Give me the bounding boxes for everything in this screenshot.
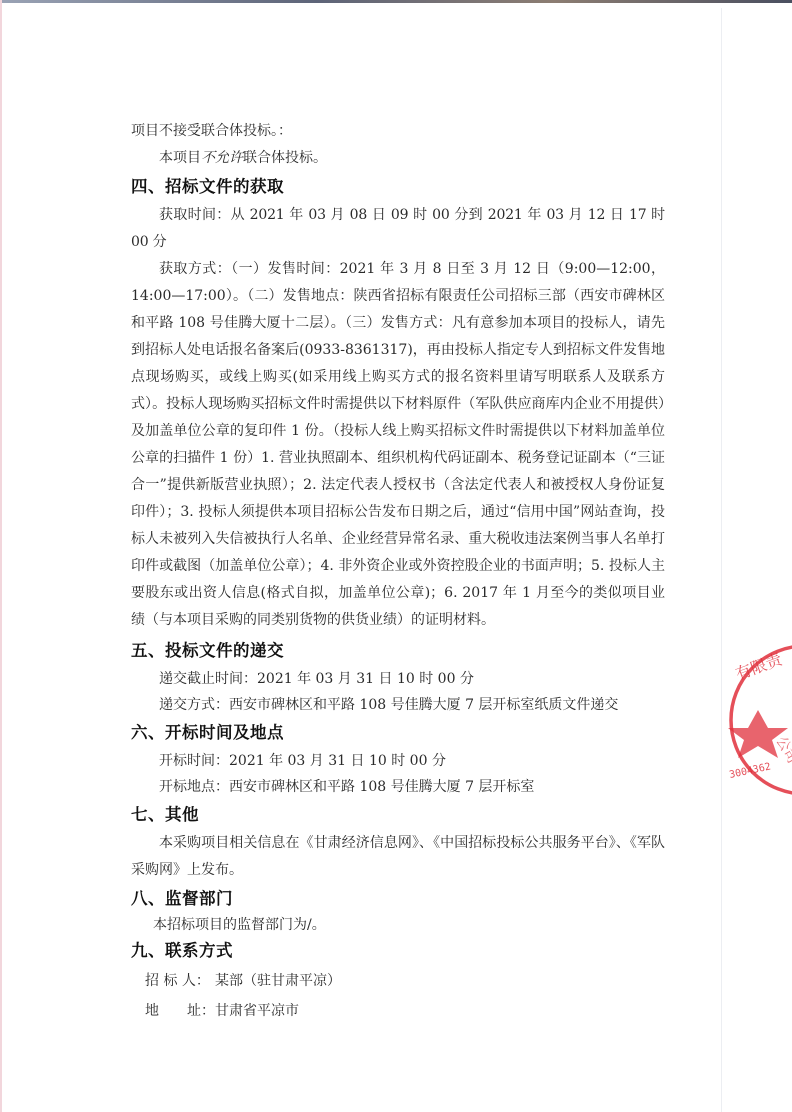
scan-edge-left xyxy=(0,0,2,1112)
tenderer-value: 某部（驻甘肃平凉） xyxy=(215,973,341,989)
opening-time: 开标时间：2021 年 03 月 31 日 10 时 00 分 xyxy=(131,748,665,774)
section-heading-6: 六、开标时间及地点 xyxy=(131,718,665,748)
acquire-time: 获取时间：从 2021 年 03 月 08 日 09 时 00 分到 2021 … xyxy=(131,202,665,256)
section-heading-5: 五、投标文件的递交 xyxy=(131,636,665,666)
page-fold-line xyxy=(721,8,722,1112)
submission-deadline: 递交截止时间：2021 年 03 月 31 日 10 时 00 分 xyxy=(131,666,665,692)
supervision-text: 本招标项目的监督部门为/。 xyxy=(131,914,665,936)
address-label: 地 址： xyxy=(145,996,215,1026)
section-heading-4: 四、招标文件的获取 xyxy=(131,172,665,202)
intro-line-1: 项目不接受联合体投标。： xyxy=(131,118,665,145)
opening-place: 开标地点：西安市碑林区和平路 108 号佳腾大厦 7 层开标室 xyxy=(131,774,665,800)
svg-text:3004362: 3004362 xyxy=(728,761,772,781)
acquire-method: 获取方式：（一）发售时间：2021 年 3 月 8 日至 3 月 12 日（9:… xyxy=(131,256,665,634)
document-page: 项目不接受联合体投标。： 本项目不允许联合体投标。 四、招标文件的获取 获取时间… xyxy=(131,118,665,1026)
scan-edge-top xyxy=(0,0,792,3)
contact-address: 地 址：甘肃省平凉市 xyxy=(131,996,665,1026)
emphasis-not-allowed: 不允许 xyxy=(201,150,243,166)
tenderer-label: 招 标 人： xyxy=(145,966,215,996)
intro-line-2: 本项目不允许联合体投标。 xyxy=(131,145,665,172)
red-seal-stamp-icon: 有限责 公司 3004362 xyxy=(720,640,792,810)
address-value: 甘肃省平凉市 xyxy=(215,1003,299,1019)
svg-text:有限责: 有限责 xyxy=(733,649,786,684)
section-heading-9: 九、联系方式 xyxy=(131,936,665,966)
section-heading-7: 七、其他 xyxy=(131,800,665,830)
other-info: 本采购项目相关信息在《甘肃经济信息网》、《中国招标投标公共服务平台》、《军队采购… xyxy=(131,830,665,884)
section-heading-8: 八、监督部门 xyxy=(131,884,665,914)
svg-text:公司: 公司 xyxy=(773,734,792,766)
contact-tenderer: 招 标 人：某部（驻甘肃平凉） xyxy=(131,966,665,996)
submission-method: 递交方式：西安市碑林区和平路 108 号佳腾大厦 7 层开标室纸质文件递交 xyxy=(131,692,665,718)
